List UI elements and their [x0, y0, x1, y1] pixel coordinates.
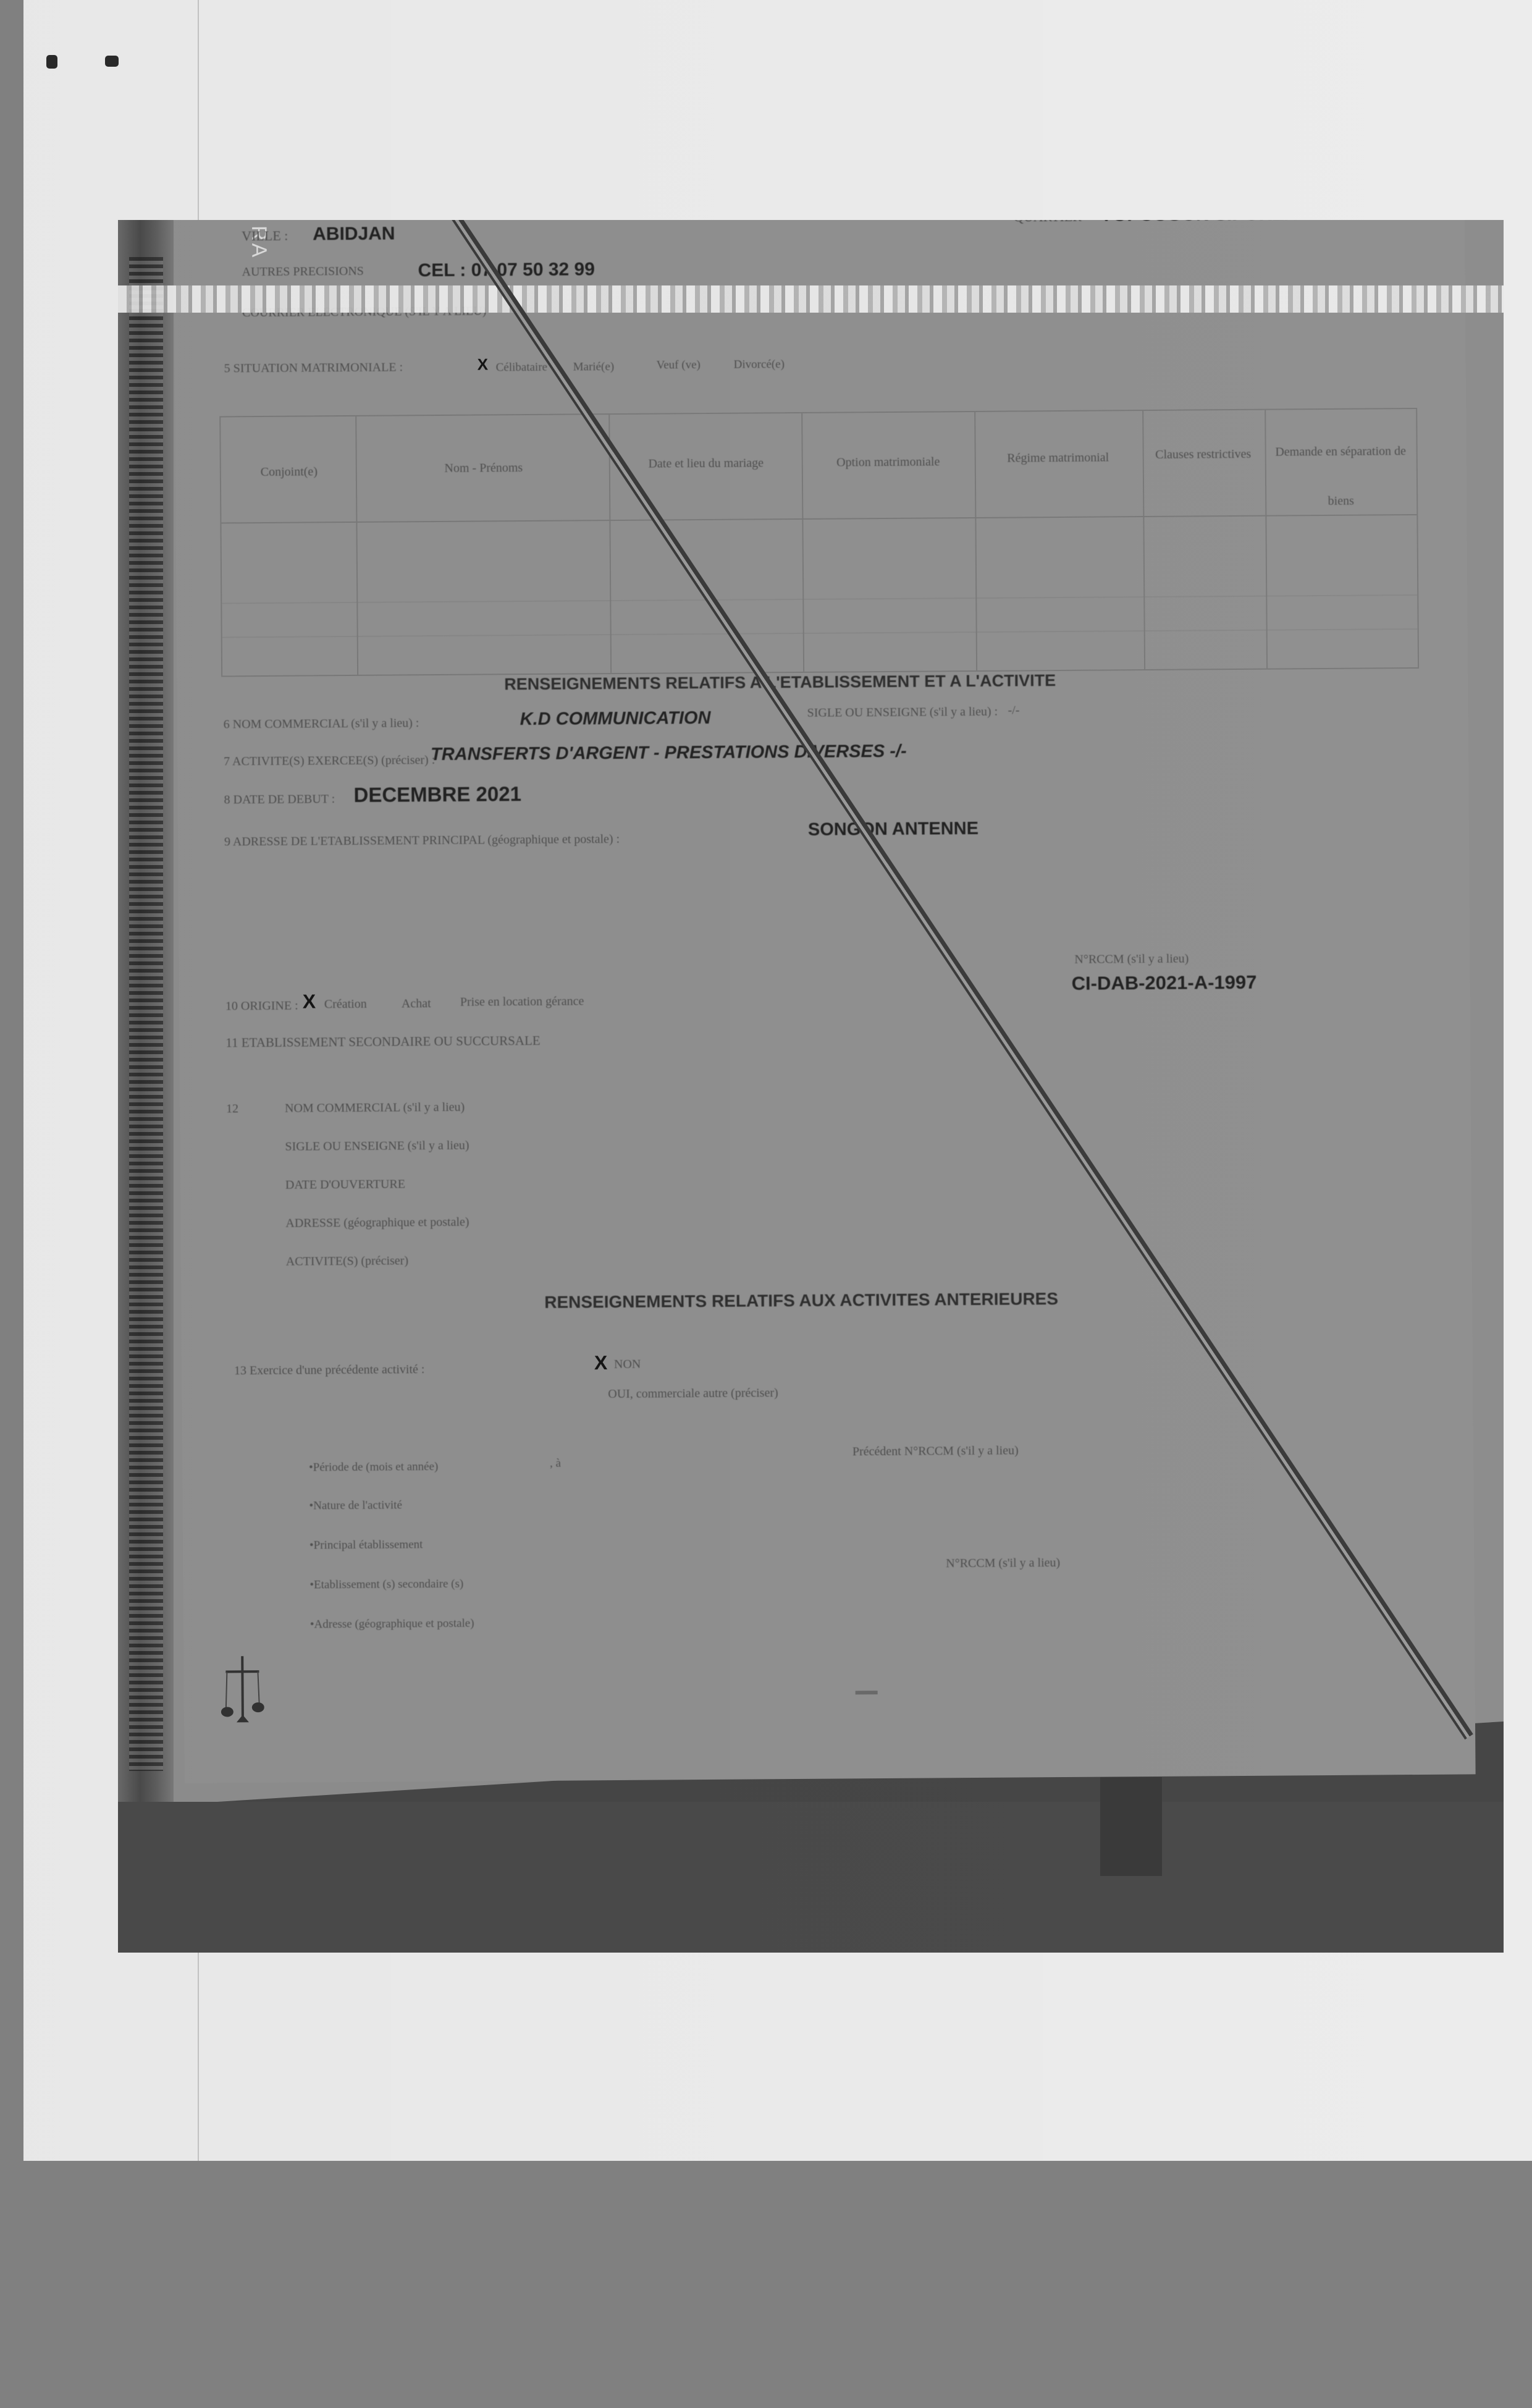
form-sheet: RA VILLE : ABIDJAN QUARTIER YOPOUGON SIP… — [174, 220, 1476, 1783]
celibataire-checkbox[interactable]: X — [478, 355, 489, 374]
scanned-page: RA VILLE : ABIDJAN QUARTIER YOPOUGON SIP… — [23, 0, 1532, 2161]
page-marker — [856, 1691, 878, 1694]
sigle-value: -/- — [1008, 703, 1019, 717]
scanner-fold-line — [198, 0, 199, 2161]
activite-label: 7 ACTIVITE(S) EXERCEE(S) (préciser) : — [224, 753, 435, 769]
ville-label: VILLE : — [242, 228, 288, 245]
nom-commercial-value: K.D COMMUNICATION — [520, 708, 711, 730]
principal-etablissement-label: •Principal établissement — [309, 1538, 423, 1552]
rccm-value: CI-DAB-2021-A-1997 — [1072, 971, 1257, 995]
non-checkbox[interactable]: X — [594, 1351, 608, 1374]
option-creation: Création — [324, 997, 367, 1012]
desk-object — [1100, 1777, 1162, 1876]
secondaire-nom-commercial: NOM COMMERCIAL (s'il y a lieu) — [285, 1100, 465, 1116]
scales-of-justice-icon — [221, 1653, 264, 1727]
col-option-matrimoniale: Option matrimoniale — [807, 437, 969, 488]
rccm-label-2: N°RCCM (s'il y a lieu) — [946, 1556, 1060, 1571]
pen-icon — [444, 220, 1473, 1739]
desk-surface — [118, 1802, 1504, 1953]
desk-background — [118, 1722, 1504, 1953]
date-debut-value: DECEMBRE 2021 — [353, 782, 521, 807]
nom-commercial-label: 6 NOM COMMERCIAL (s'il y a lieu) : — [224, 716, 419, 732]
answer-oui: OUI, commerciale autre (préciser) — [608, 1386, 778, 1401]
page-edge-mark: RA — [246, 226, 271, 260]
section-title-etablissement: RENSEIGNEMENTS RELATIFS A L'ETABLISSEMEN… — [504, 671, 1056, 694]
option-divorce: Divorcé(e) — [734, 358, 785, 372]
adresse-value: CEL : 07 07 50 32 99 — [418, 259, 595, 281]
etablissement-secondaire-label: •Etablissement (s) secondaire (s) — [309, 1578, 463, 1592]
sigle-label: SIGLE OU ENSEIGNE (s'il y a lieu) : — [807, 705, 998, 720]
situation-matrimoniale-label: 5 SITUATION MATRIMONIALE : — [224, 360, 403, 376]
punch-hole-right — [105, 56, 119, 67]
adresse-anterieure-label: •Adresse (géographique et postale) — [310, 1617, 474, 1632]
quartier-value: YOPOUGON SIPOREX — [1100, 220, 1297, 226]
adresse-etablissement-label: 9 ADRESSE DE L'ETABLISSEMENT PRINCIPAL (… — [224, 832, 620, 849]
option-veuf: Veuf (ve) — [657, 358, 701, 372]
col-clauses-restrictives: Clauses restrictives — [1148, 445, 1259, 464]
col-nom-prenoms: Nom - Prénoms — [363, 460, 604, 476]
binding-spine — [118, 220, 174, 1802]
spouse-table: Conjoint(e) Nom - Prénoms Date et lieu d… — [219, 408, 1419, 677]
option-achat: Achat — [402, 997, 431, 1011]
option-marie: Marié(e) — [573, 360, 615, 374]
col-date-lieu-mariage: Date et lieu du mariage — [616, 438, 796, 489]
periode-label: •Période de (mois et année) — [309, 1460, 438, 1474]
secondaire-number: 12 — [226, 1102, 238, 1116]
punch-hole-left — [46, 55, 57, 69]
rccm-label: N°RCCM (s'il y a lieu) — [1074, 952, 1189, 967]
secondaire-adresse: ADRESSE (géographique et postale) — [285, 1215, 469, 1231]
courrier-label: COURRIER ELECTRONIQUE (S'IL Y A LIEU) — [242, 304, 486, 320]
answer-non: NON — [614, 1358, 641, 1372]
origine-label: 10 ORIGINE : — [225, 999, 298, 1014]
quartier-label: QUARTIER — [1014, 220, 1082, 226]
activite-value: TRANSFERTS D'ARGENT - PRESTATIONS DIVERS… — [431, 741, 907, 765]
scanner-artifact-band — [118, 285, 1504, 313]
section-title-anterieures: RENSEIGNEMENTS RELATIFS AUX ACTIVITES AN… — [544, 1289, 1058, 1312]
secondaire-sigle: SIGLE OU ENSEIGNE (s'il y a lieu) — [285, 1139, 469, 1154]
col-conjoint: Conjoint(e) — [227, 465, 351, 479]
etablissement-secondaire-title: 11 ETABLISSEMENT SECONDAIRE OU SUCCURSAL… — [225, 1033, 541, 1051]
col-separation-biens: Demande en séparation de biens — [1271, 426, 1410, 526]
activite-anterieure-question: 13 Exercice d'une précédente activité : — [234, 1362, 425, 1378]
document-photo: RA VILLE : ABIDJAN QUARTIER YOPOUGON SIP… — [118, 220, 1504, 1953]
nature-activite-label: •Nature de l'activité — [309, 1498, 402, 1513]
secondaire-date-ouverture: DATE D'OUVERTURE — [285, 1177, 405, 1192]
periode-separator: , à — [550, 1457, 561, 1471]
col-regime-matrimonial: Régime matrimonial — [981, 448, 1135, 468]
precedent-rccm-label: Précédent N°RCCM (s'il y a lieu) — [852, 1444, 1019, 1460]
option-celibataire: Célibataire — [496, 361, 548, 375]
secondaire-activite: ACTIVITE(S) (préciser) — [286, 1254, 408, 1269]
date-debut-label: 8 DATE DE DEBUT : — [224, 792, 335, 807]
creation-checkbox[interactable]: X — [303, 990, 316, 1013]
option-location-gerance: Prise en location gérance — [460, 994, 584, 1009]
adresse-etablissement-value: SONGON ANTENNE — [808, 819, 979, 840]
ville-value: ABIDJAN — [313, 223, 395, 245]
adresse-label: AUTRES PRECISIONS — [242, 264, 364, 279]
